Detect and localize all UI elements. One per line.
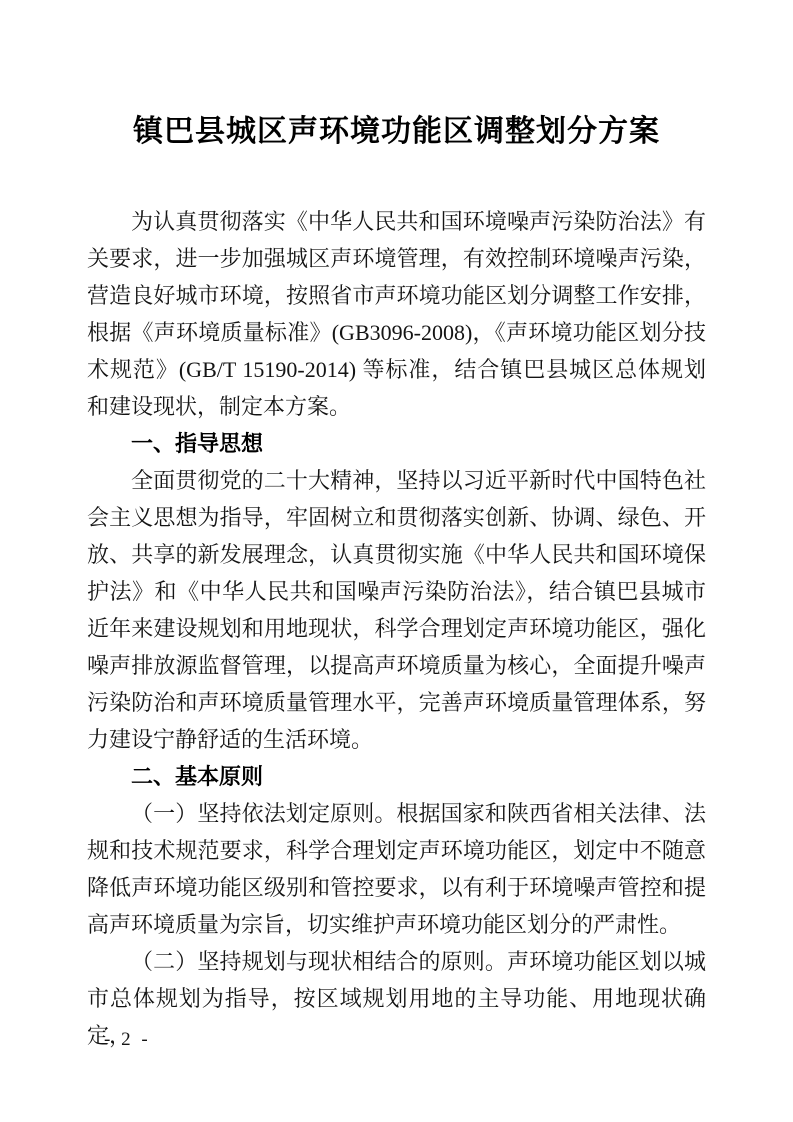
document-body: 镇巴县城区声环境功能区调整划分方案 为认真贯彻落实《中华人民共和国环境噪声污染防… xyxy=(87,0,706,1054)
section-heading-basic-principles: 二、基本原则 xyxy=(87,758,706,795)
page-number: - 2 - xyxy=(104,1028,151,1052)
document-page: 镇巴县城区声环境功能区调整划分方案 为认真贯彻落实《中华人民共和国环境噪声污染防… xyxy=(0,0,793,1122)
paragraph-principle-1: （一）坚持依法划定原则。根据国家和陕西省相关法律、法规和技术规范要求，科学合理划… xyxy=(87,795,706,943)
paragraph-guiding-ideology: 全面贯彻党的二十大精神，坚持以习近平新时代中国特色社会主义思想为指导，牢固树立和… xyxy=(87,462,706,758)
section-heading-guiding-ideology: 一、指导思想 xyxy=(87,425,706,462)
document-title: 镇巴县城区声环境功能区调整划分方案 xyxy=(87,110,706,154)
paragraph-intro: 为认真贯彻落实《中华人民共和国环境噪声污染防治法》有关要求，进一步加强城区声环境… xyxy=(87,203,706,425)
paragraph-principle-2: （二）坚持规划与现状相结合的原则。声环境功能区划以城市总体规划为指导，按区域规划… xyxy=(87,943,706,1054)
